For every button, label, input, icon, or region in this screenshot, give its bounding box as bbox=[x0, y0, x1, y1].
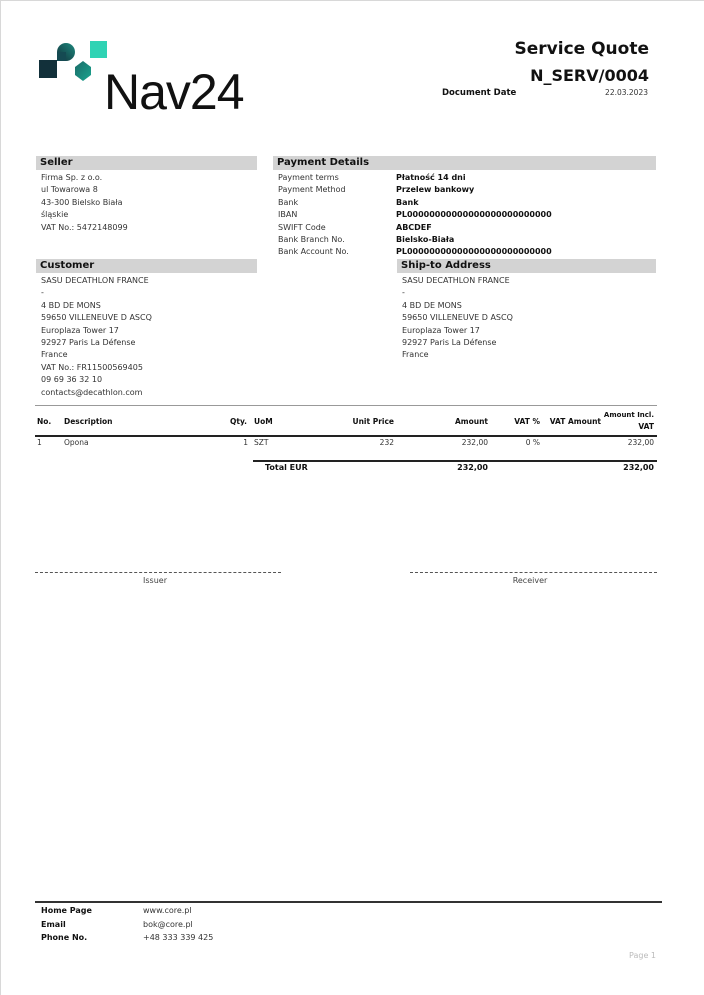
issuer-signature-line bbox=[35, 572, 281, 573]
seller-line: ul Towarowa 8 bbox=[41, 184, 128, 196]
table-header-divider bbox=[35, 435, 657, 437]
total-amount: 232,00 bbox=[457, 463, 488, 472]
row-unit-price: 232 bbox=[380, 438, 394, 447]
iban-value: PL00000000000000000000000000 bbox=[396, 209, 552, 221]
bank-value: Bank bbox=[396, 197, 419, 209]
ship-to-line: 4 BD DE MONS bbox=[402, 300, 513, 312]
ship-to-line: France bbox=[402, 349, 513, 361]
total-label: Total EUR bbox=[265, 463, 308, 472]
bank-label: Bank bbox=[278, 197, 298, 209]
seller-address: Firma Sp. z o.o. ul Towarowa 8 43-300 Bi… bbox=[41, 172, 128, 234]
row-amount: 232,00 bbox=[462, 438, 488, 447]
phone-label: Phone No. bbox=[41, 931, 87, 945]
home-page-label: Home Page bbox=[41, 904, 92, 918]
row-qty: 1 bbox=[243, 438, 248, 447]
col-header-qty: Qty. bbox=[230, 417, 247, 426]
col-header-uom: UoM bbox=[254, 417, 273, 426]
receiver-label: Receiver bbox=[410, 576, 650, 585]
customer-line: France bbox=[41, 349, 152, 361]
row-uom: SZT bbox=[254, 438, 268, 447]
col-header-unit-price: Unit Price bbox=[353, 417, 395, 426]
payment-method-value: Przelew bankowy bbox=[396, 184, 474, 196]
receiver-signature-line bbox=[410, 572, 657, 573]
row-vat-pct: 0 % bbox=[526, 438, 540, 447]
customer-vat: VAT No.: FR11500569405 bbox=[41, 362, 152, 374]
row-no: 1 bbox=[37, 438, 42, 447]
row-description: Opona bbox=[64, 438, 89, 447]
col-header-vat-amount: VAT Amount bbox=[550, 417, 601, 426]
ship-to-address: SASU DECATHLON FRANCE - 4 BD DE MONS 596… bbox=[402, 275, 513, 362]
col-header-amount-incl-vat-2: VAT bbox=[638, 422, 654, 431]
customer-address: SASU DECATHLON FRANCE - 4 BD DE MONS 596… bbox=[41, 275, 152, 399]
table-top-divider bbox=[35, 405, 657, 406]
bank-branch-value: Bielsko-Biała bbox=[396, 234, 454, 246]
customer-email: contacts@decathlon.com bbox=[41, 387, 152, 399]
footer-divider bbox=[35, 901, 662, 903]
ship-to-heading: Ship-to Address bbox=[397, 259, 656, 273]
bank-account-value: PL00000000000000000000000000 bbox=[396, 246, 552, 258]
seller-line: Firma Sp. z o.o. bbox=[41, 172, 128, 184]
document-title: Service Quote bbox=[515, 39, 649, 59]
total-amount-incl-vat: 232,00 bbox=[623, 463, 654, 472]
col-header-no: No. bbox=[37, 417, 51, 426]
seller-vat: VAT No.: 5472148099 bbox=[41, 222, 128, 234]
home-page-value: www.core.pl bbox=[143, 904, 192, 918]
email-label: Email bbox=[41, 918, 66, 932]
payment-details-heading: Payment Details bbox=[273, 156, 656, 170]
col-header-vat-pct: VAT % bbox=[514, 417, 540, 426]
issuer-label: Issuer bbox=[35, 576, 275, 585]
seller-line: 43-300 Bielsko Biała bbox=[41, 197, 128, 209]
col-header-amount: Amount bbox=[455, 417, 488, 426]
seller-heading: Seller bbox=[36, 156, 257, 170]
swift-label: SWIFT Code bbox=[278, 222, 326, 234]
bank-account-label: Bank Account No. bbox=[278, 246, 349, 258]
company-logo-text: Nav24 bbox=[104, 67, 244, 117]
email-value: bok@core.pl bbox=[143, 918, 193, 932]
ship-to-line: - bbox=[402, 287, 513, 299]
payment-method-label: Payment Method bbox=[278, 184, 346, 196]
col-header-description: Description bbox=[64, 417, 113, 426]
bank-branch-label: Bank Branch No. bbox=[278, 234, 345, 246]
ship-to-line: Europlaza Tower 17 bbox=[402, 325, 513, 337]
row-amount-incl-vat: 232,00 bbox=[628, 438, 654, 447]
payment-terms-label: Payment terms bbox=[278, 172, 339, 184]
phone-value: +48 333 339 425 bbox=[143, 931, 213, 945]
nav24-logo-mark-icon bbox=[39, 41, 109, 81]
customer-line: - bbox=[41, 287, 152, 299]
ship-to-line: 59650 VILLENEUVE D ASCQ bbox=[402, 312, 513, 324]
document-date-value: 22.03.2023 bbox=[605, 88, 648, 97]
payment-terms-value: Płatność 14 dni bbox=[396, 172, 466, 184]
customer-line: 4 BD DE MONS bbox=[41, 300, 152, 312]
document-page: Nav24 Service Quote N_SERV/0004 Document… bbox=[0, 0, 704, 995]
ship-to-line: SASU DECATHLON FRANCE bbox=[402, 275, 513, 287]
total-divider bbox=[253, 460, 657, 462]
iban-label: IBAN bbox=[278, 209, 297, 221]
customer-line: SASU DECATHLON FRANCE bbox=[41, 275, 152, 287]
customer-heading: Customer bbox=[36, 259, 257, 273]
ship-to-line: 92927 Paris La Défense bbox=[402, 337, 513, 349]
seller-line: śląskie bbox=[41, 209, 128, 221]
document-number: N_SERV/0004 bbox=[530, 66, 649, 85]
page-number: Page 1 bbox=[629, 951, 656, 960]
document-date-label: Document Date bbox=[442, 88, 516, 98]
customer-phone: 09 69 36 32 10 bbox=[41, 374, 152, 386]
customer-line: 92927 Paris La Défense bbox=[41, 337, 152, 349]
customer-line: Europlaza Tower 17 bbox=[41, 325, 152, 337]
col-header-amount-incl-vat: Amount Incl. bbox=[604, 411, 654, 419]
customer-line: 59650 VILLENEUVE D ASCQ bbox=[41, 312, 152, 324]
swift-value: ABCDEF bbox=[396, 222, 432, 234]
